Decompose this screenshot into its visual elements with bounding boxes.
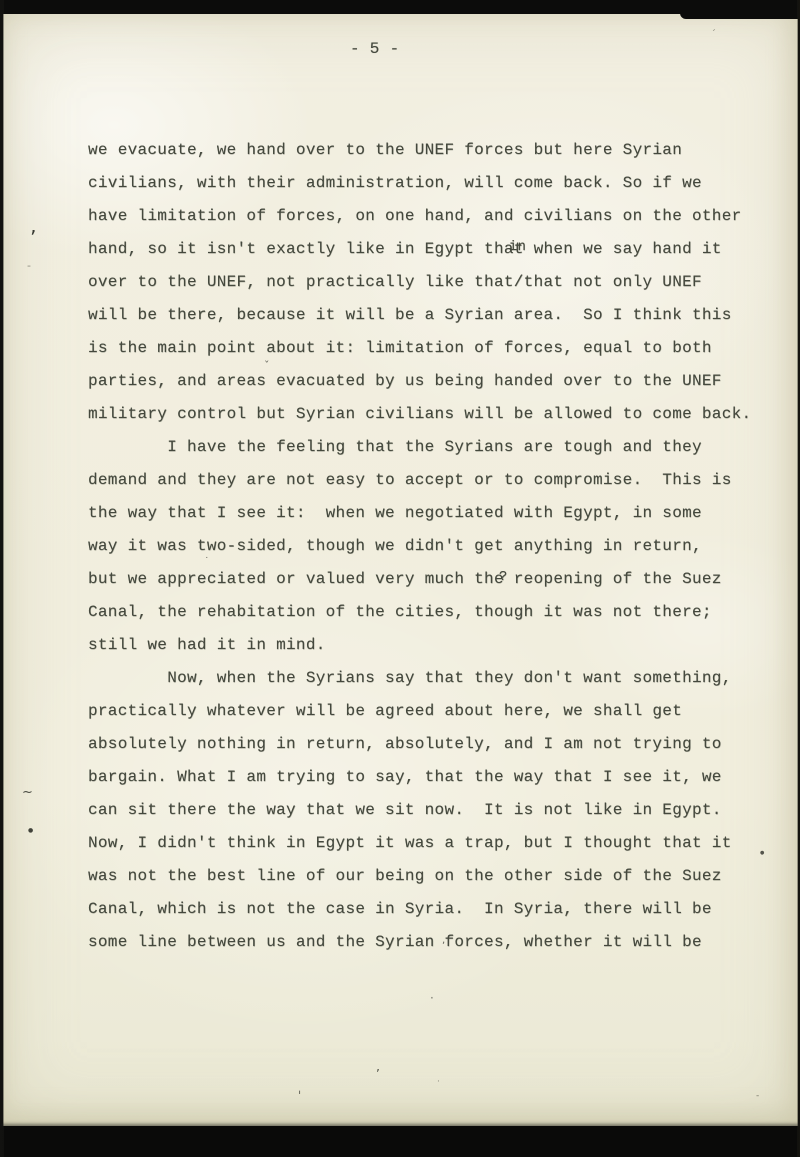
typewritten-text-body: we evacuate, we hand over to the UNEF fo… xyxy=(88,134,778,959)
text-line: absolutely nothing in return, absolutely… xyxy=(88,728,778,761)
text-line: demand and they are not easy to accept o… xyxy=(88,464,778,497)
scan-border-top-right xyxy=(680,0,800,19)
text-line: way it was two-sided, though we didn't g… xyxy=(88,530,778,563)
scan-border-bottom xyxy=(0,1126,800,1157)
text-line: can sit there the way that we sit now. I… xyxy=(88,794,778,827)
text-line: will be there, because it will be a Syri… xyxy=(88,299,778,332)
text-line: but we appreciated or valued very much t… xyxy=(88,563,778,596)
text-line: still we had it in mind. xyxy=(88,629,778,662)
text-line: civilians, with their administration, wi… xyxy=(88,167,778,200)
text-line: parties, and areas evacuated by us being… xyxy=(88,365,778,398)
text-line: Canal, the rehabitation of the cities, t… xyxy=(88,596,778,629)
text-line: was not the best line of our being on th… xyxy=(88,860,778,893)
text-line: have limitation of forces, on one hand, … xyxy=(88,200,778,233)
interline-insertion: in xyxy=(509,240,526,254)
interline-insertion: ? xyxy=(499,570,508,584)
text-line: practically whatever will be agreed abou… xyxy=(88,695,778,728)
text-line: hand, so it isn't exactly like in Egypt … xyxy=(88,233,778,266)
text-line: the way that I see it: when we negotiate… xyxy=(88,497,778,530)
text-line: I have the feeling that the Syrians are … xyxy=(88,431,778,464)
text-line: some line between us and the Syrian forc… xyxy=(88,926,778,959)
text-line: Now, I didn't think in Egypt it was a tr… xyxy=(88,827,778,860)
scanned-document-page: - 5 - we evacuate, we hand over to the U… xyxy=(0,0,800,1157)
text-line: military control but Syrian civilians wi… xyxy=(88,398,778,431)
text-line: bargain. What I am trying to say, that t… xyxy=(88,761,778,794)
text-line: is the main point about it: limitation o… xyxy=(88,332,778,365)
text-line: Now, when the Syrians say that they don'… xyxy=(88,662,778,695)
text-line: we evacuate, we hand over to the UNEF fo… xyxy=(88,134,778,167)
text-line: Canal, which is not the case in Syria. I… xyxy=(88,893,778,926)
scan-border-left xyxy=(0,0,4,1157)
page-number: - 5 - xyxy=(350,40,400,58)
text-line: over to the UNEF, not practically like t… xyxy=(88,266,778,299)
